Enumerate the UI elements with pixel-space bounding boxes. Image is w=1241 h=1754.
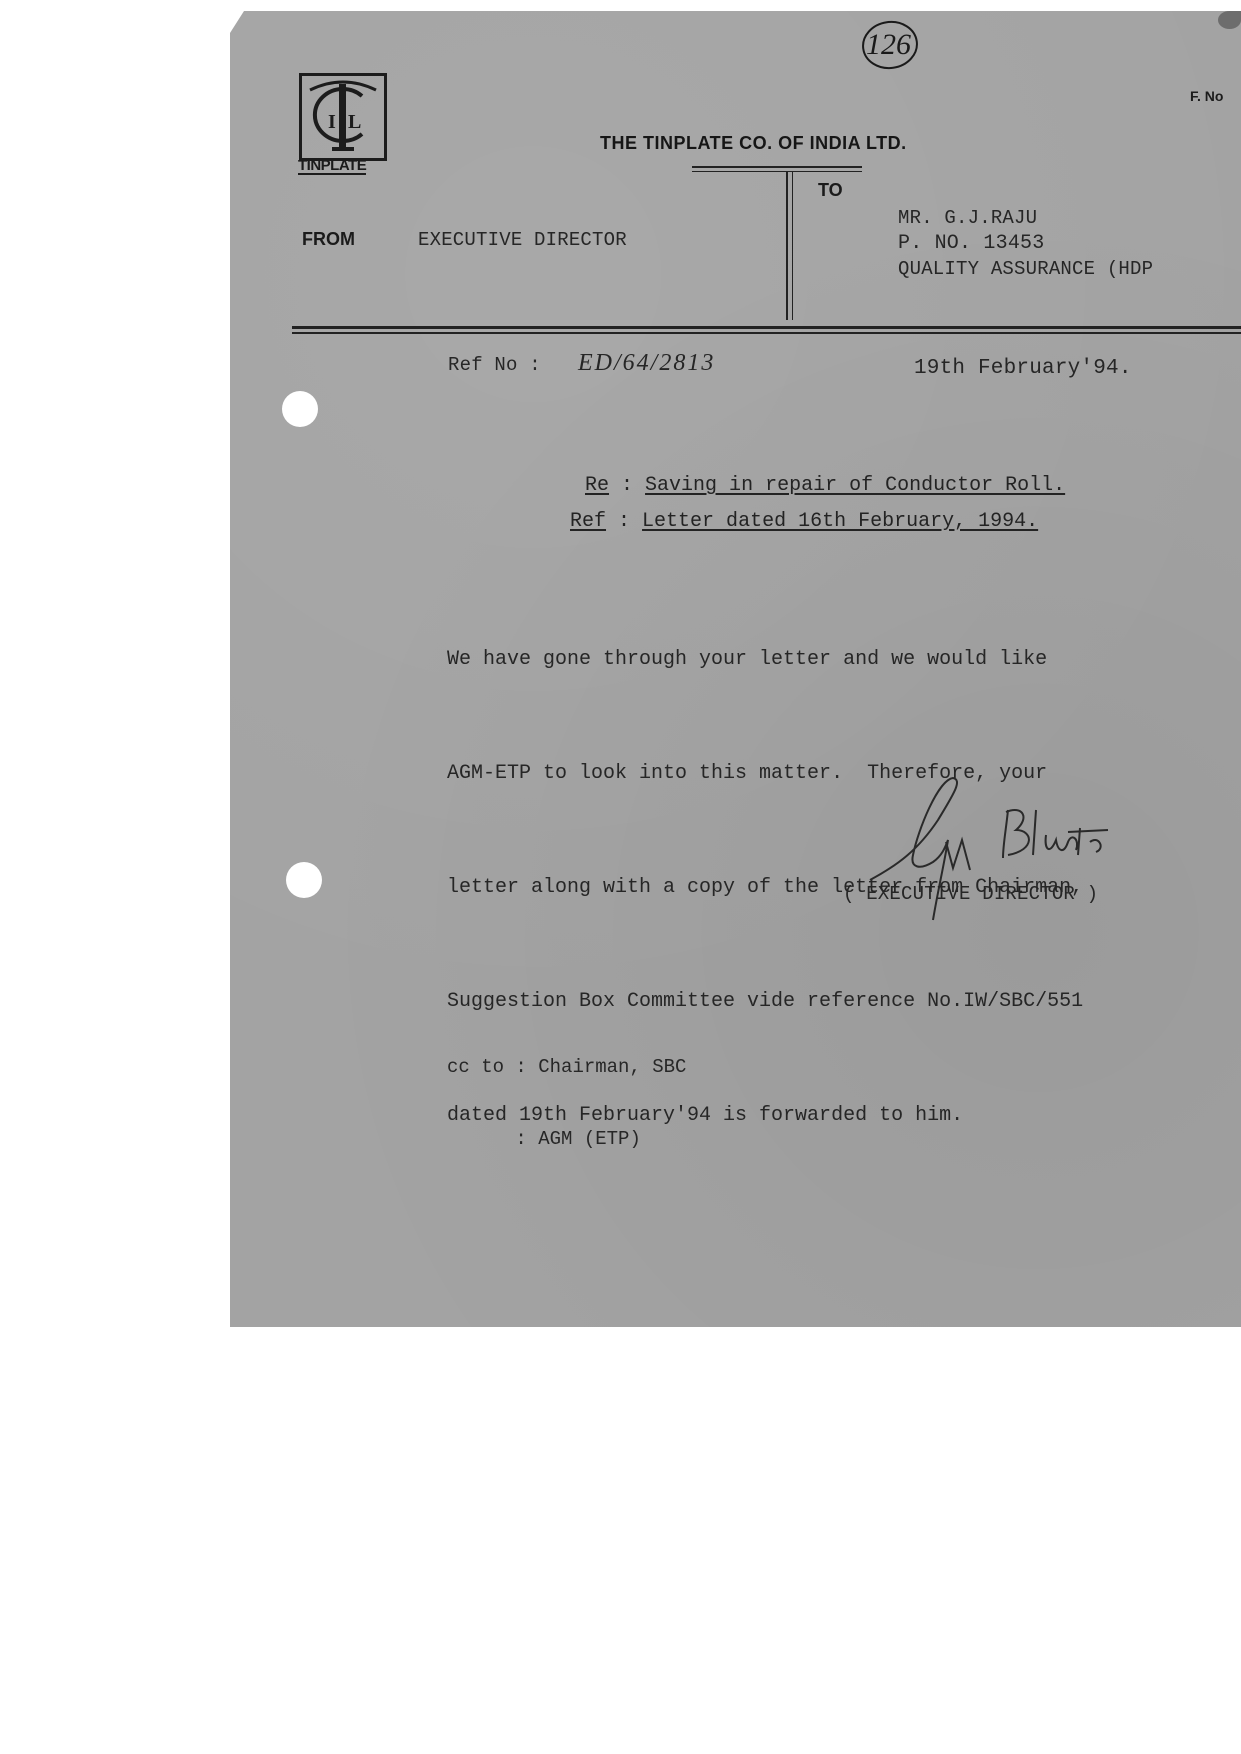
ref-value: Letter dated 16th February, 1994.: [642, 510, 1038, 533]
cc-block: cc to : Chairman, SBC cc to : AGM (ETP): [447, 1007, 686, 1175]
to-recipient-name: MR. G.J.RAJU: [898, 207, 1037, 229]
company-name: THE TINPLATE CO. OF INDIA LTD.: [600, 133, 907, 154]
letter-date: 19th February'94.: [914, 357, 1132, 380]
to-recipient-dept: QUALITY ASSURANCE (HDP: [898, 258, 1153, 280]
from-label: FROM: [302, 229, 355, 250]
file-number-label: F. No: [1190, 88, 1223, 104]
page-number-annotation: 126: [866, 28, 911, 62]
divider-vertical-1: [786, 172, 788, 320]
cc-label: cc to: [447, 1056, 504, 1078]
subject-re-row: Re : Saving in repair of Conductor Roll.: [585, 474, 1065, 497]
rule-top-short-2: [692, 171, 862, 172]
punch-hole-top: [282, 391, 318, 427]
corner-stain: [1218, 11, 1241, 29]
divider-vertical-2: [792, 172, 793, 320]
re-label: Re: [585, 474, 609, 497]
svg-text:L: L: [348, 111, 361, 133]
punch-hole-bottom: [286, 862, 322, 898]
re-value: Saving in repair of Conductor Roll.: [645, 474, 1065, 497]
company-logo-icon: I L: [299, 73, 387, 161]
signatory-title: ( EXECUTIVE DIRECTOR ): [843, 883, 1098, 905]
rule-header-bottom-2: [292, 332, 1241, 334]
to-recipient-pno: P. NO. 13453: [898, 232, 1044, 255]
logo-caption: TINPLATE: [298, 158, 366, 175]
cc-recipient: Chairman, SBC: [538, 1056, 686, 1078]
handwritten-signature-icon: [858, 770, 1198, 930]
subject-ref-row: Ref : Letter dated 16th February, 1994.: [570, 510, 1038, 533]
ref-no-value: ED/64/2813: [578, 350, 715, 377]
body-line: We have gone through your letter and we …: [447, 641, 1237, 679]
ref-no-label: Ref No :: [448, 354, 541, 376]
cc-recipient: AGM (ETP): [538, 1128, 641, 1150]
ref-label: Ref: [570, 510, 606, 533]
from-value: EXECUTIVE DIRECTOR: [418, 229, 627, 251]
rule-header-bottom: [292, 326, 1241, 329]
to-label: TO: [818, 180, 843, 201]
svg-text:I: I: [328, 111, 336, 133]
rule-top-short: [692, 166, 862, 168]
